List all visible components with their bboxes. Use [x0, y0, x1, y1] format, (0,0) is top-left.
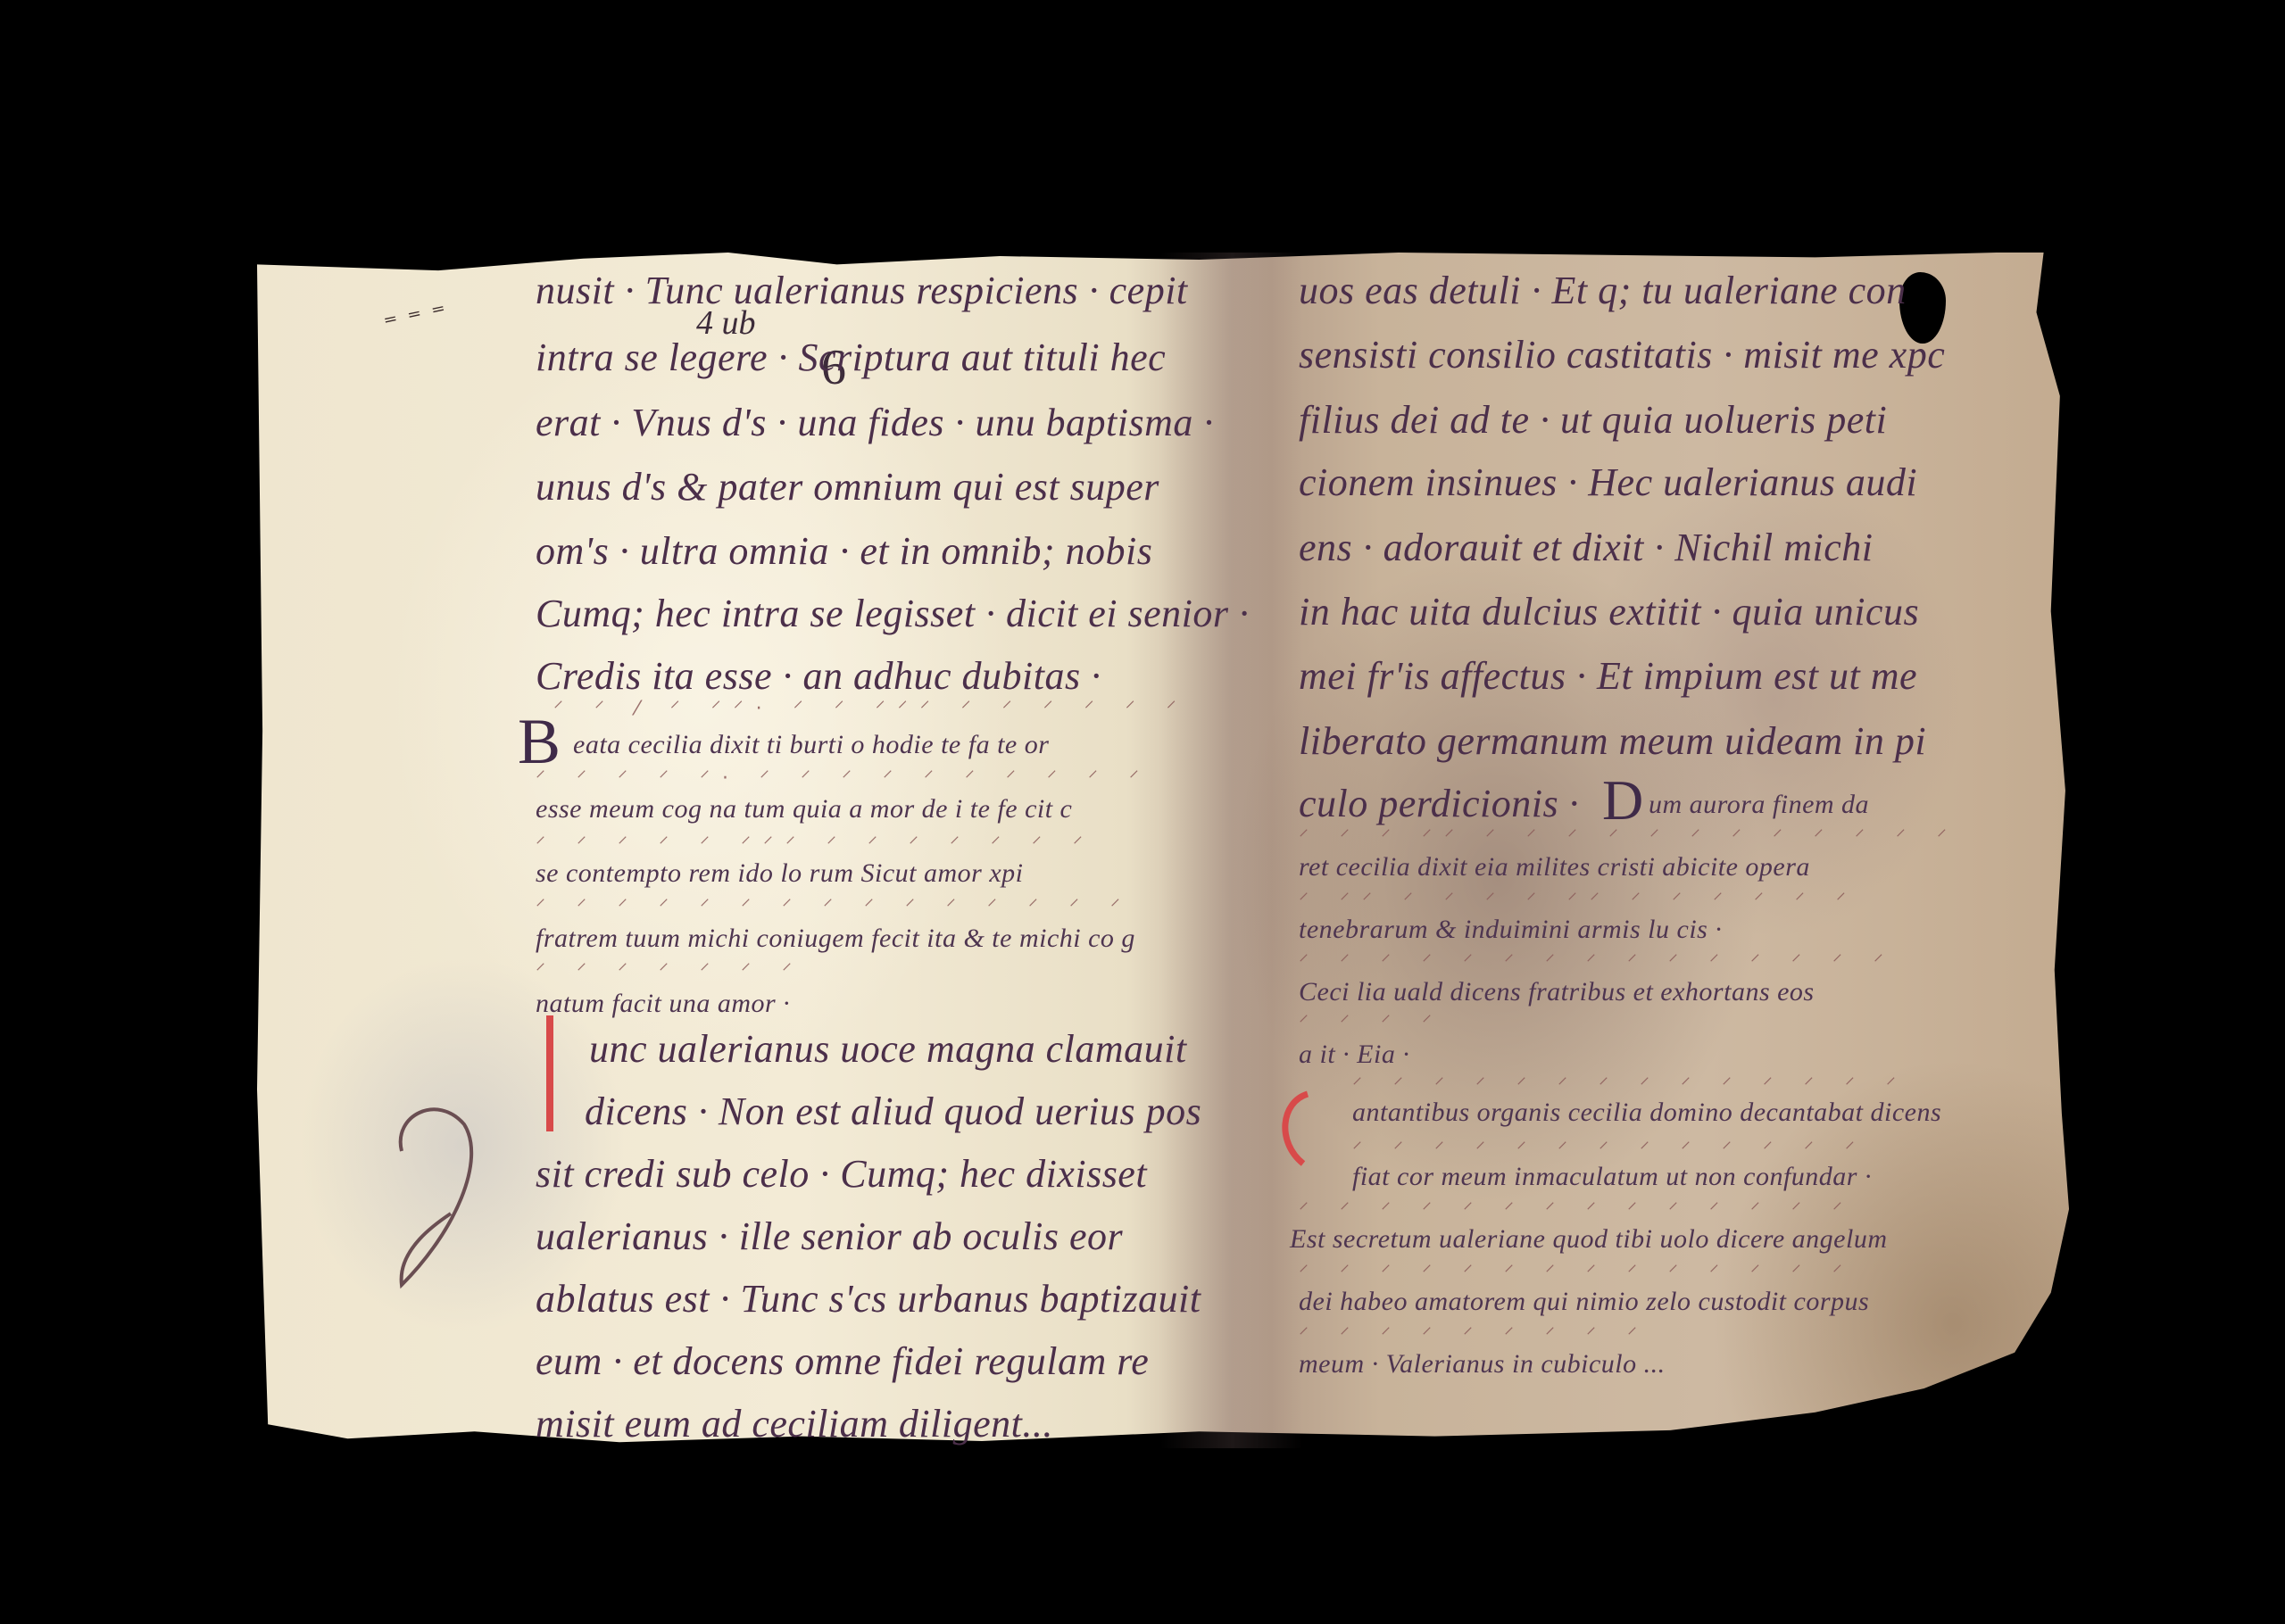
chant-line: dei habeo amatorem qui nimio zelo custod… [1299, 1287, 1869, 1317]
neume-row: ⸍ ⸍ ⸍ ⸍ ⸍ ⸍ ⸍ ⸍ ⸍ ⸍ ⸍ ⸍ ⸍ [1352, 1135, 1867, 1162]
text-line: liberato germanum meum uideam in pi [1299, 718, 1926, 764]
text-line: mei fr'is affectus · Et impium est ut me [1299, 653, 1917, 699]
chant-line: esse meum cog na tum quia a mor de i te … [536, 794, 1072, 824]
rubric-initial-c [1272, 1089, 1325, 1169]
neume-row: ⸍ ⸍ ⸍ ⸍ [1299, 1008, 1444, 1035]
neume-row: ⸍ ⸍ ⸍ ⸍ ⸍· ⸍ ⸍ ⸍ ⸍ ⸍ ⸍ ⸍ ⸍ ⸍ ⸍ [536, 764, 1151, 791]
chant-line: eata cecilia dixit ti burti o hodie te f… [573, 730, 1049, 760]
chant-line: se contempto rem ido lo rum Sicut amor x… [536, 858, 1023, 889]
text-line: ablatus est · Tunc s'cs urbanus baptizau… [536, 1276, 1201, 1322]
text-line: sit credi sub celo · Cumq; hec dixisset [536, 1151, 1147, 1197]
neume-row: ⸍ ⸍ ⸍ ⸍ ⸍ ⸍ ⸍ ⸍ ⸍ [1299, 1321, 1649, 1347]
text-line: in hac uita dulcius extitit · quia unicu… [1299, 589, 1919, 634]
chant-line: meum · Valerianus in cubiculo ... [1299, 1349, 1666, 1380]
neume-row: ⸍ ⸍ ⸍ ⸍ ⸍ ⸍ ⸍ ⸍ ⸍ ⸍ ⸍ ⸍ ⸍ ⸍ [1299, 1258, 1855, 1285]
text-line: dicens · Non est aliud quod uerius pos [585, 1089, 1201, 1134]
text-line: sensisti consilio castitatis · misit me … [1299, 332, 1945, 377]
text-line: filius dei ad te · ut quia uolueris peti [1299, 397, 1887, 443]
rubric-initial-t [546, 1015, 553, 1131]
text-line: om's · ultra omnia · et in omnib; nobis [536, 528, 1152, 574]
chant-line: antantibus organis cecilia domino decant… [1352, 1098, 1941, 1128]
text-line: culo perdicionis · [1299, 781, 1579, 826]
neume-row: ⸍ ⸍ ⸍ ⸍ ⸍ ⸍ ⸍ ⸍ ⸍ ⸍ ⸍ ⸍ ⸍ ⸍ ⸍ [1299, 948, 1896, 974]
neume-row: ⸍ ⸍ ⸍ ⸍ ⸍ ⸍⸍⸍ ⸍ ⸍ ⸍ ⸍ ⸍ ⸍ ⸍ [536, 830, 1095, 857]
text-line: cionem insinues · Hec ualerianus audi [1299, 460, 1917, 505]
text-line: intra se legere · Scriptura aut tituli h… [536, 335, 1166, 380]
chant-line: Est secretum ualeriane quod tibi uolo di… [1290, 1224, 1888, 1255]
chant-line: a it · Eia · [1299, 1040, 1409, 1070]
chant-line: fratrem tuum michi coniugem fecit ita & … [536, 924, 1135, 954]
neume-row: ⸍ ⸍⸍ ⸍ ⸍ ⸍ ⸍ ⸍⸍ ⸍ ⸍ ⸍ ⸍ ⸍ ⸍ [1299, 886, 1858, 913]
neume-row: ⸍ ⸍ ⸍ ⸍ ⸍ ⸍ ⸍ [536, 957, 804, 983]
chant-line: ret cecilia dixit eia milites cristi abi… [1299, 852, 1810, 882]
chant-line: fiat cor meum inmaculatum ut non confund… [1352, 1162, 1872, 1192]
text-line: ens · adorauit et dixit · Nichil michi [1299, 525, 1874, 570]
neume-row: ⸍ ⸍ ⸍ ⸍ ⸍ ⸍ ⸍ ⸍ ⸍ ⸍ ⸍ ⸍ ⸍ ⸍ [1299, 1196, 1855, 1222]
neume-row: ⸍ ⸍ ⸍ ⸍⸍ ⸍ ⸍ ⸍ ⸍ ⸍ ⸍ ⸍ ⸍ ⸍ ⸍ ⸍ ⸍ [1299, 823, 1959, 849]
text-line: misit eum ad ceciliam diligent... [536, 1401, 1053, 1446]
neume-row: ⸍ ⸍ ⸍ ⸍ ⸍ ⸍ ⸍ ⸍ ⸍ ⸍ ⸍ ⸍ ⸍ ⸍ ⸍ [536, 892, 1133, 919]
text-line: unc ualerianus uoce magna clamauit [589, 1026, 1187, 1072]
text-line: nusit · Tunc ualerianus respiciens · cep… [536, 268, 1188, 313]
text-line: Credis ita esse · an adhuc dubitas · [536, 653, 1101, 699]
chant-line: um aurora finem da [1649, 790, 1869, 820]
neume-row: ⸍ ⸍ ⸍ ⸍ ⸍ ⸍ ⸍ ⸍ ⸍ ⸍ ⸍ ⸍ ⸍ ⸍ [1352, 1071, 1908, 1098]
chant-line: tenebrarum & induimini armis lu cis · [1299, 915, 1722, 945]
text-line: unus d's & pater omnium qui est super [536, 464, 1159, 510]
chant-line: natum facit una amor · [536, 989, 790, 1019]
chant-line: Ceci lia uald dicens fratribus et exhort… [1299, 977, 1815, 1007]
text-line: Cumq; hec intra se legisset · dicit ei s… [536, 591, 1250, 636]
text-line: ualerianus · ille senior ab oculis eor [536, 1214, 1123, 1259]
neume-row: ⸍ ⸍ ⁄ ⸍ ⸍⸍· ⸍ ⸍ ⸍⸍⸍ ⸍ ⸍ ⸍ ⸍ ⸍ ⸍ [553, 694, 1189, 721]
text-line: eum · et docens omne fidei regulam re [536, 1338, 1149, 1384]
marginal-loop-mark [384, 1098, 482, 1294]
text-line: erat · Vnus d's · una fides · unu baptis… [536, 400, 1214, 445]
text-line: uos eas detuli · Et q; tu ualeriane con [1299, 268, 1907, 313]
